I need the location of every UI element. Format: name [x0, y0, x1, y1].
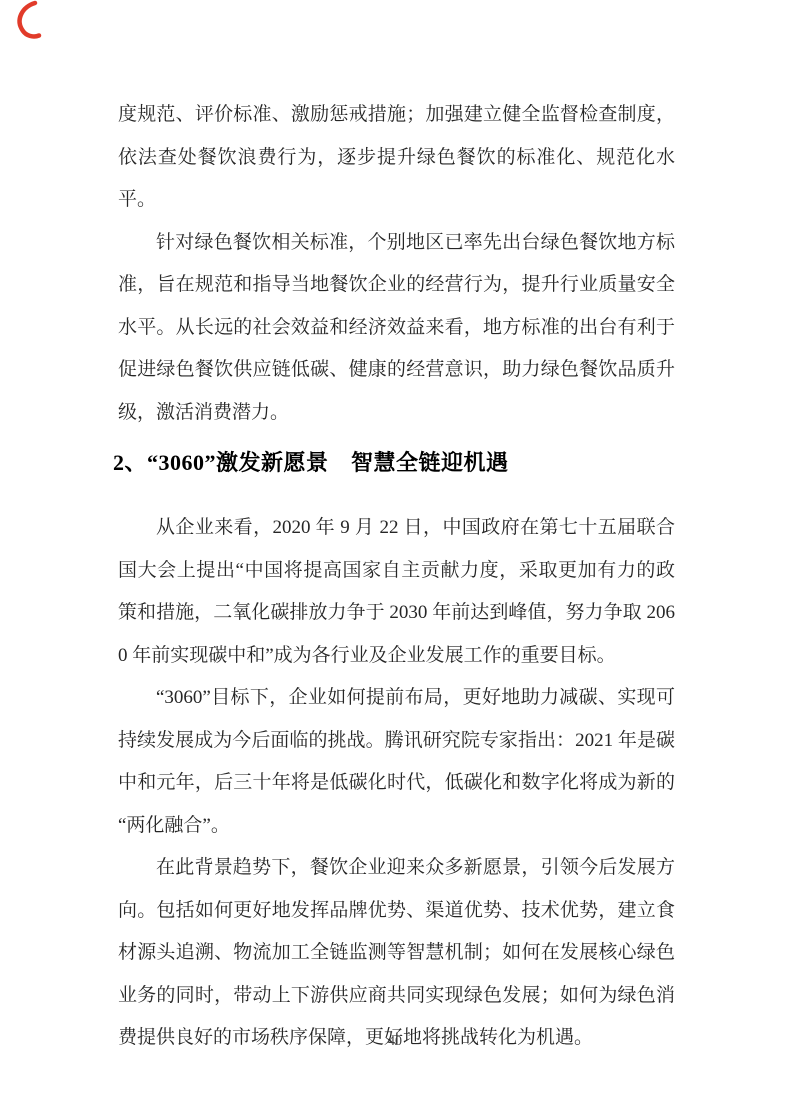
page-number: 40: [0, 1033, 790, 1051]
paragraph: 在此背景趋势下，餐饮企业迎来众多新愿景，引领今后发展方向。包括如何更好地发挥品牌…: [118, 847, 675, 1060]
section-heading: 2、“3060”激发新愿景 智慧全链迎机遇: [113, 447, 675, 479]
paragraph: 从企业来看，2020 年 9 月 22 日，中国政府在第七十五届联合国大会上提出…: [118, 507, 675, 677]
red-pen-annotation-icon: [7, 0, 45, 42]
paragraph-continuation: 度规范、评价标准、激励惩戒措施；加强建立健全监督检查制度，依法查处餐饮浪费行为，…: [118, 94, 675, 222]
paragraph: “3060”目标下，企业如何提前布局，更好地助力减碳、实现可持续发展成为今后面临…: [118, 677, 675, 847]
page-content: 度规范、评价标准、激励惩戒措施；加强建立健全监督检查制度，依法查处餐饮浪费行为，…: [118, 94, 675, 1060]
document-page: 度规范、评价标准、激励惩戒措施；加强建立健全监督检查制度，依法查处餐饮浪费行为，…: [0, 0, 790, 1119]
paragraph: 针对绿色餐饮相关标准，个别地区已率先出台绿色餐饮地方标准，旨在规范和指导当地餐饮…: [118, 222, 675, 435]
